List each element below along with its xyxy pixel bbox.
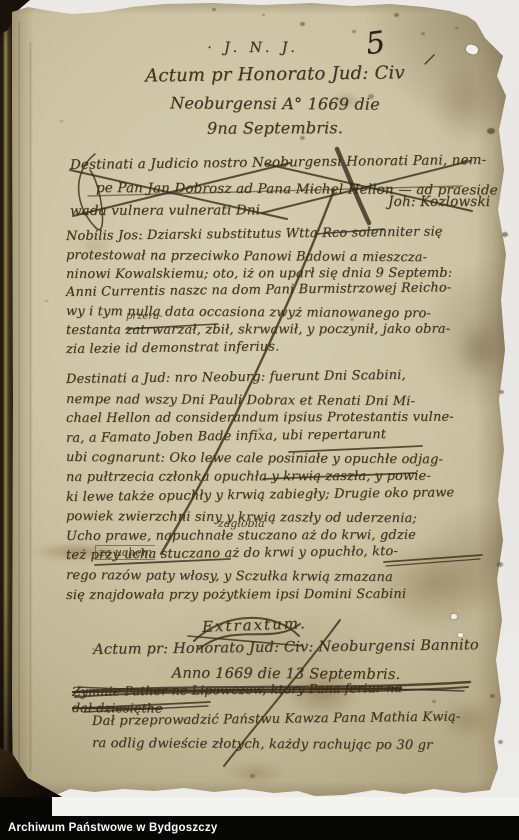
manuscript-line: Nobilis Jos: Dziarski substitutus Wtta R…	[66, 223, 484, 247]
paragraph-1-crossed: Destinati a Judicio nostro Neoburgensi H…	[70, 154, 480, 223]
paper-crease-line	[29, 42, 32, 772]
archival-scan-photo: · J. N. J. 5 / Actum pr Honorato Jud: Ci…	[0, 0, 519, 840]
interline-insert-2: zagłobia	[218, 517, 265, 530]
manuscript-line: Actum pr: Honorato Jud: Civ: Neoburgensi…	[90, 634, 482, 662]
interline-insert-3: za uchem	[95, 545, 155, 560]
manuscript-line: Neoburgensi A° 1669 die	[105, 90, 445, 118]
manuscript-line: ra, a Famato Joben Bade infixa, ubi repe…	[66, 424, 486, 449]
paragraph-3-vulnera: Destinati a Jud: nro Neoburg: fuerunt Dn…	[66, 370, 486, 605]
final-note-block: Dał przeprowadzić Państwu Kawza Pana Mat…	[92, 711, 492, 755]
manuscript-line: się znajdowała przy pożytkiem ipsi Domin…	[66, 584, 486, 605]
marginal-signature: Joh: Kozlowski	[388, 194, 490, 210]
paper-gutter-crease	[18, 22, 20, 782]
manuscript-line: Destinati a Judicio nostro Neoburgensi H…	[70, 149, 480, 177]
invocation-line: · J. N. J.	[178, 40, 328, 56]
archive-watermark-label: Archiwum Państwowe w Bydgoszczy	[8, 822, 217, 834]
paragraph-2-protestation: Nobilis Jos: Dziarski substitutus Wtta R…	[66, 228, 484, 360]
manuscript-line: Dał przeprowadzić Państwu Kawza Pana Mat…	[92, 706, 492, 733]
paper-speck	[498, 740, 503, 744]
heading-block-2: Actum pr: Honorato Jud: Civ: Neoburgensi…	[90, 639, 482, 685]
book-binding-edge	[0, 0, 14, 800]
manuscript-line: Actum pr Honorato Jud: Civ	[105, 60, 445, 90]
manuscript-line: ra odlig dwieście złotych, każdy rachują…	[92, 733, 492, 757]
interline-insert-1: przera-	[126, 311, 163, 322]
manuscript-line: Anni Currentis naszc na dom Pani Burmist…	[66, 279, 484, 303]
paper-speck	[502, 232, 508, 237]
manuscript-line: 9na Septembris.	[105, 115, 445, 142]
heading-block: Actum pr Honorato Jud: CivNeoburgensi A°…	[105, 64, 445, 142]
crossed-flourish-word: Extraxtum.	[202, 614, 307, 636]
manuscript-line: zia lezie id demonstrat inferius.	[66, 336, 484, 360]
scanner-background-strip	[52, 797, 519, 816]
manuscript-line: Destinati a Jud: nro Neoburg: fuerunt Dn…	[66, 365, 486, 390]
